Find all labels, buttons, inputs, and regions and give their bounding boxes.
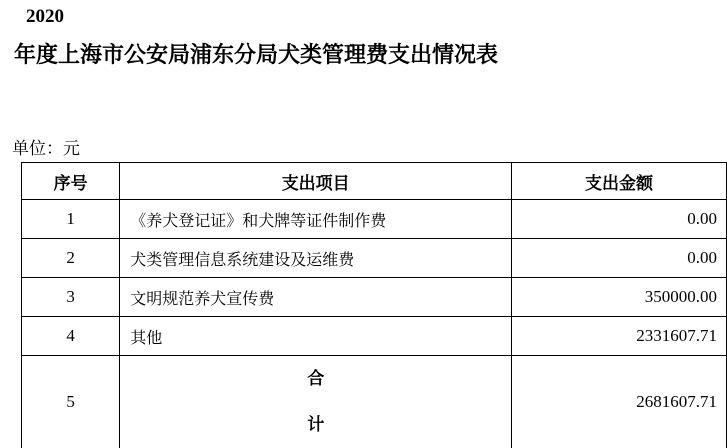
report-year: 2020	[26, 6, 64, 28]
column-header-number: 序号	[22, 163, 120, 200]
page-title: 年度上海市公安局浦东分局犬类管理费支出情况表	[14, 38, 498, 69]
row-item: 犬类管理信息系统建设及运维费	[120, 239, 512, 278]
total-label-line2: 计	[120, 402, 511, 448]
column-header-amount: 支出金额	[512, 163, 727, 200]
row-number: 3	[22, 278, 120, 317]
row-amount: 350000.00	[512, 278, 727, 317]
total-label: 合 计	[120, 356, 512, 448]
row-number: 2	[22, 239, 120, 278]
total-label-line1: 合	[120, 356, 511, 402]
table-row: 3 文明规范养犬宣传费 350000.00	[22, 278, 727, 317]
row-item: 文明规范养犬宣传费	[120, 278, 512, 317]
table-row: 2 犬类管理信息系统建设及运维费 0.00	[22, 239, 727, 278]
table-row: 4 其他 2331607.71	[22, 317, 727, 356]
row-item: 其他	[120, 317, 512, 356]
row-amount: 0.00	[512, 200, 727, 239]
expense-table: 序号 支出项目 支出金额 1 《养犬登记证》和犬牌等证件制作费 0.00 2 犬…	[21, 162, 727, 448]
total-number: 5	[22, 356, 120, 448]
total-amount: 2681607.71	[512, 356, 727, 448]
row-amount: 2331607.71	[512, 317, 727, 356]
row-number: 4	[22, 317, 120, 356]
row-amount: 0.00	[512, 239, 727, 278]
table-row: 1 《养犬登记证》和犬牌等证件制作费 0.00	[22, 200, 727, 239]
table-header-row: 序号 支出项目 支出金额	[22, 163, 727, 200]
column-header-item: 支出项目	[120, 163, 512, 200]
row-number: 1	[22, 200, 120, 239]
unit-label: 单位：元	[12, 134, 80, 159]
total-row: 5 合 计 2681607.71	[22, 356, 727, 448]
row-item: 《养犬登记证》和犬牌等证件制作费	[120, 200, 512, 239]
